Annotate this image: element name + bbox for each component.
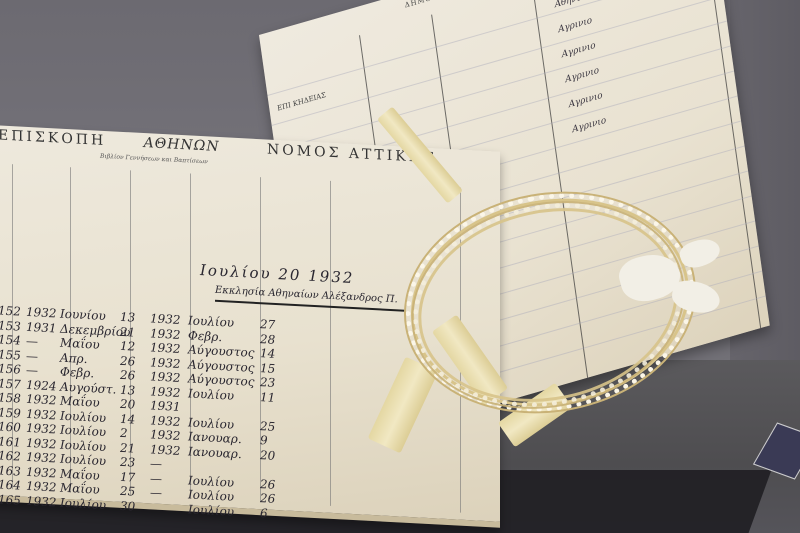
cell-year2: — bbox=[150, 456, 162, 471]
cell-day2: 6 bbox=[260, 506, 268, 520]
cell-month: Φεβρ. bbox=[60, 365, 94, 381]
remark-note: Αγρινιο bbox=[565, 66, 600, 86]
cell-year: 1932 bbox=[26, 392, 57, 408]
cell-year: 1924 bbox=[26, 377, 57, 393]
cell-day: 30 bbox=[120, 498, 135, 513]
cell-day: 26 bbox=[120, 368, 135, 383]
cell-year2: 1932 bbox=[150, 413, 181, 429]
cell-day: 2 bbox=[120, 426, 128, 440]
cell-day: 26 bbox=[120, 353, 135, 368]
cell-day2: 14 bbox=[260, 346, 275, 361]
photo-scene: ΔΗΜΟΣ Αθηναίων 1932 ΠΑΡΑΤΗΡΗΣΕΙΣ ΕΠΙ ΚΗΔ… bbox=[0, 0, 800, 533]
cell-year2: 1932 bbox=[150, 326, 181, 342]
cell-month: Μαΐου bbox=[60, 336, 100, 352]
cell-year: 1932 bbox=[26, 305, 57, 321]
cell-day: 14 bbox=[120, 411, 135, 426]
cell-day: 20 bbox=[120, 397, 135, 412]
cell-year: 1932 bbox=[26, 406, 57, 422]
cell-month2: Ιανουαρ. bbox=[188, 444, 242, 461]
cell-day: 21 bbox=[120, 324, 135, 339]
cell-day2: 26 bbox=[260, 491, 275, 506]
cell-no: 157 bbox=[0, 376, 21, 391]
cell-year2: 1932 bbox=[150, 442, 181, 458]
cell-day2: 11 bbox=[260, 390, 275, 405]
header-athens: ΑΘΗΝΩΝ bbox=[144, 135, 220, 155]
cell-year: — bbox=[26, 363, 38, 378]
remark-note: Αγρινιο bbox=[561, 41, 596, 61]
cell-month: Ιουλίου bbox=[60, 495, 106, 511]
cell-no: 152 bbox=[0, 303, 21, 318]
cell-day: 21 bbox=[120, 440, 135, 455]
cell-no: 158 bbox=[0, 390, 21, 405]
cell-year: 1932 bbox=[26, 450, 57, 466]
cell-month: Μαΐου bbox=[60, 394, 100, 410]
right-page-header: ΔΗΜΟΣ Αθηναίων bbox=[404, 0, 482, 10]
cell-no: 153 bbox=[0, 318, 21, 333]
cell-year: 1932 bbox=[26, 493, 57, 509]
cell-no: 165 bbox=[0, 492, 21, 507]
remark-note: Αγρινιο bbox=[558, 16, 593, 36]
cell-day: 13 bbox=[120, 310, 135, 325]
cell-day: 25 bbox=[120, 484, 135, 499]
cell-month: Απρ. bbox=[60, 350, 87, 365]
cell-no: 160 bbox=[0, 419, 21, 434]
cell-no: 162 bbox=[0, 448, 21, 463]
cell-year2: 1932 bbox=[150, 384, 181, 400]
header-bishopric: ΕΠΙΣΚΟΠΗ bbox=[0, 127, 106, 149]
remark-note: Αγρινιο bbox=[568, 91, 603, 111]
cell-year2: — bbox=[150, 485, 162, 500]
cell-day2: 26 bbox=[260, 477, 275, 492]
cell-month2: Φεβρ. bbox=[188, 328, 222, 344]
cell-no: 161 bbox=[0, 434, 21, 449]
cell-year2: 1932 bbox=[150, 427, 181, 443]
cell-year: 1932 bbox=[26, 479, 57, 495]
cell-no: 163 bbox=[0, 463, 21, 478]
cell-day2: 28 bbox=[260, 332, 275, 347]
cell-month: Μαΐου bbox=[60, 481, 100, 497]
cell-no: 159 bbox=[0, 405, 21, 420]
cell-no: 154 bbox=[0, 332, 21, 347]
cell-year2: 1932 bbox=[150, 340, 181, 356]
cell-year2: 1932 bbox=[150, 311, 181, 327]
cell-no: 164 bbox=[0, 477, 21, 492]
cell-year: 1932 bbox=[26, 435, 57, 451]
cell-month2: Ιουλίου bbox=[188, 386, 234, 402]
cell-day2: 25 bbox=[260, 419, 275, 434]
cell-year2: 1932 bbox=[150, 369, 181, 385]
cell-day: 13 bbox=[120, 382, 135, 397]
cell-year: 1932 bbox=[26, 464, 57, 480]
cell-month2: Ιουλίου bbox=[188, 502, 234, 518]
cell-year2: 1931 bbox=[150, 398, 181, 414]
remark-note: Αγρινιο bbox=[572, 116, 607, 136]
cell-no: 156 bbox=[0, 361, 21, 376]
cell-year2: 1932 bbox=[150, 355, 181, 371]
cell-year: — bbox=[26, 334, 38, 349]
cell-month: Μαΐου bbox=[60, 466, 100, 482]
cell-day2: 9 bbox=[260, 433, 268, 447]
cell-day: 23 bbox=[120, 455, 135, 470]
cell-year2: — bbox=[150, 471, 162, 486]
cell-day2: 27 bbox=[260, 317, 275, 332]
cell-day2: 15 bbox=[260, 361, 275, 376]
left-page-subheader: Βιβλίον Γεννήσεων και Βαπτίσεων bbox=[100, 153, 208, 166]
cell-year: 1931 bbox=[26, 319, 57, 335]
right-page-left-title: ΕΠΙ ΚΗΔΕΙΑΣ bbox=[277, 91, 327, 113]
cell-day: 12 bbox=[120, 339, 135, 354]
cell-day2: 20 bbox=[260, 448, 275, 463]
cell-year: 1932 bbox=[26, 421, 57, 437]
cell-no: 155 bbox=[0, 347, 21, 362]
cell-year: — bbox=[26, 348, 38, 363]
cell-day: 17 bbox=[120, 469, 135, 484]
cell-day2: 23 bbox=[260, 375, 275, 390]
